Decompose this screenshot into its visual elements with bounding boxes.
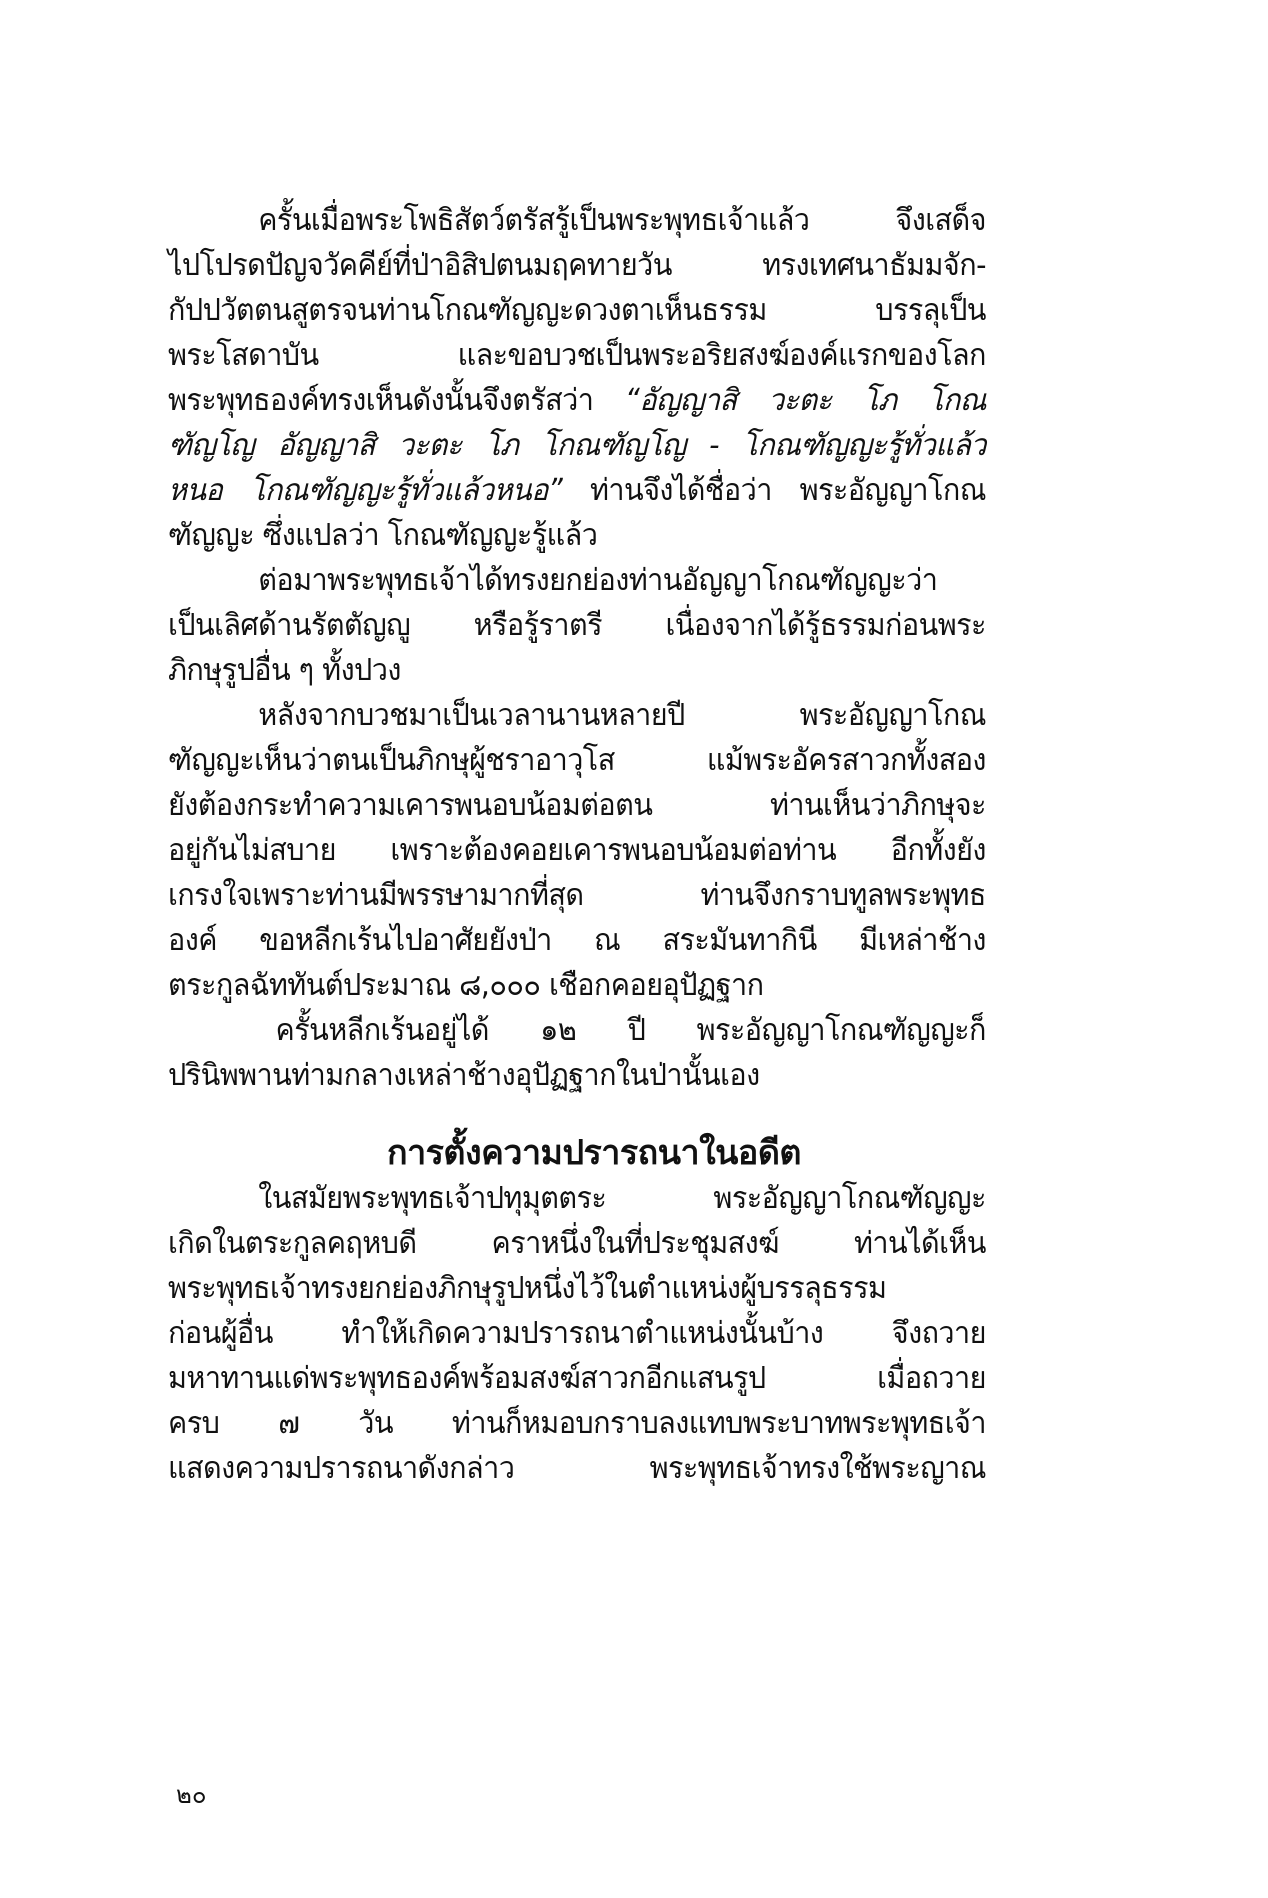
text-line: ภิกษุรูปอื่น ๆ ทั้งปวง xyxy=(168,648,986,693)
text-line: ฑัญญะ ซึ่งแปลว่า โกณฑัญญะรู้แล้ว xyxy=(168,513,986,558)
text-line: ครั้นเมื่อพระโพธิสัตว์ตรัสรู้เป็นพระพุทธ… xyxy=(168,198,986,243)
text-line: ครบ ๗ วัน ท่านก็หมอบกราบลงแทบพระบาทพระพุ… xyxy=(168,1401,986,1446)
text-line: หลังจากบวชมาเป็นเวลานานหลายปี พระอัญญาโก… xyxy=(168,693,986,738)
text-line: ปรินิพพานท่ามกลางเหล่าช้างอุปัฏฐากในป่าน… xyxy=(168,1053,986,1098)
text-line: เป็นเลิศด้านรัตตัญญู หรือรู้ราตรี เนื่อง… xyxy=(168,603,986,648)
text-line: ตระกูลฉัททันต์ประมาณ ๘,๐๐๐ เชือกคอยอุปัฏ… xyxy=(168,963,986,1008)
paragraph-enlightenment: ครั้นเมื่อพระโพธิสัตว์ตรัสรู้เป็นพระพุทธ… xyxy=(168,198,1020,558)
text-line: องค์ ขอหลีกเร้นไปอาศัยยังป่า ณ สระมันทาก… xyxy=(168,918,986,963)
page-body: ครั้นเมื่อพระโพธิสัตว์ตรัสรู้เป็นพระพุทธ… xyxy=(168,198,1020,1491)
text-line: อยู่กันไม่สบาย เพราะต้องคอยเคารพนอบน้อมต… xyxy=(168,828,986,873)
text-span: พระพุทธองค์ทรงเห็นดังนั้นจึงตรัสว่า xyxy=(168,383,593,418)
paragraph-seclusion: หลังจากบวชมาเป็นเวลานานหลายปี พระอัญญาโก… xyxy=(168,693,1020,1008)
text-line: กัปปวัตตนสูตรจนท่านโกณฑัญญะดวงตาเห็นธรรม… xyxy=(168,288,986,333)
text-line: หนอ โกณฑัญญะรู้ทั่วแล้วหนอ” ท่านจึงได้ชื… xyxy=(168,468,986,513)
text-line: พระพุทธองค์ทรงเห็นดังนั้นจึงตรัสว่า “อัญ… xyxy=(168,378,986,423)
text-line: เกรงใจเพราะท่านมีพรรษามากที่สุด ท่านจึงก… xyxy=(168,873,986,918)
text-line: มหาทานแด่พระพุทธองค์พร้อมสงฆ์สาวกอีกแสนร… xyxy=(168,1356,986,1401)
pali-quote: หนอ โกณฑัญญะรู้ทั่วแล้วหนอ” xyxy=(168,473,562,508)
text-line: ครั้นหลีกเร้นอยู่ได้ ๑๒ ปี พระอัญญาโกณฑั… xyxy=(168,1008,986,1053)
pali-quote: “อัญญาสิ วะตะ โภ โกณ xyxy=(625,383,986,418)
text-line: ในสมัยพระพุทธเจ้าปทุมุตตระ พระอัญญาโกณฑั… xyxy=(168,1176,986,1221)
text-span: ท่านจึงได้ชื่อว่า พระอัญญาโกณ xyxy=(590,473,986,508)
paragraph-past-aspiration: ในสมัยพระพุทธเจ้าปทุมุตตระ พระอัญญาโกณฑั… xyxy=(168,1176,1020,1491)
text-line: ก่อนผู้อื่น ทำให้เกิดความปรารถนาตำแหน่งน… xyxy=(168,1311,986,1356)
text-line: แสดงความปรารถนาดังกล่าว พระพุทธเจ้าทรงใช… xyxy=(168,1446,986,1491)
text-line: พระโสดาบัน และขอบวชเป็นพระอริยสงฆ์องค์แร… xyxy=(168,333,986,378)
text-line: ฑัญญะเห็นว่าตนเป็นภิกษุผู้ชราอาวุโส แม้พ… xyxy=(168,738,986,783)
text-line: ยังต้องกระทำความเคารพนอบน้อมต่อตน ท่านเห… xyxy=(168,783,986,828)
page-number: ๒๐ xyxy=(176,1780,206,1810)
text-line: เกิดในตระกูลคฤหบดี คราหนึ่งในที่ประชุมสง… xyxy=(168,1221,986,1266)
text-line: ต่อมาพระพุทธเจ้าได้ทรงยกย่องท่านอัญญาโกณ… xyxy=(168,558,986,603)
paragraph-rattannu: ต่อมาพระพุทธเจ้าได้ทรงยกย่องท่านอัญญาโกณ… xyxy=(168,558,1020,693)
pali-quote-line: ฑัญโญ อัญญาสิ วะตะ โภ โกณฑัญโญ - โกณฑัญญ… xyxy=(168,423,986,468)
section-heading: การตั้งความปรารถนาในอดีต xyxy=(168,1131,1020,1176)
text-line: พระพุทธเจ้าทรงยกย่องภิกษุรูปหนึ่งไว้ในตำ… xyxy=(168,1266,986,1311)
paragraph-parinibbana: ครั้นหลีกเร้นอยู่ได้ ๑๒ ปี พระอัญญาโกณฑั… xyxy=(168,1008,1020,1098)
text-line: ไปโปรดปัญจวัคคีย์ที่ป่าอิสิปตนมฤคทายวัน … xyxy=(168,243,986,288)
